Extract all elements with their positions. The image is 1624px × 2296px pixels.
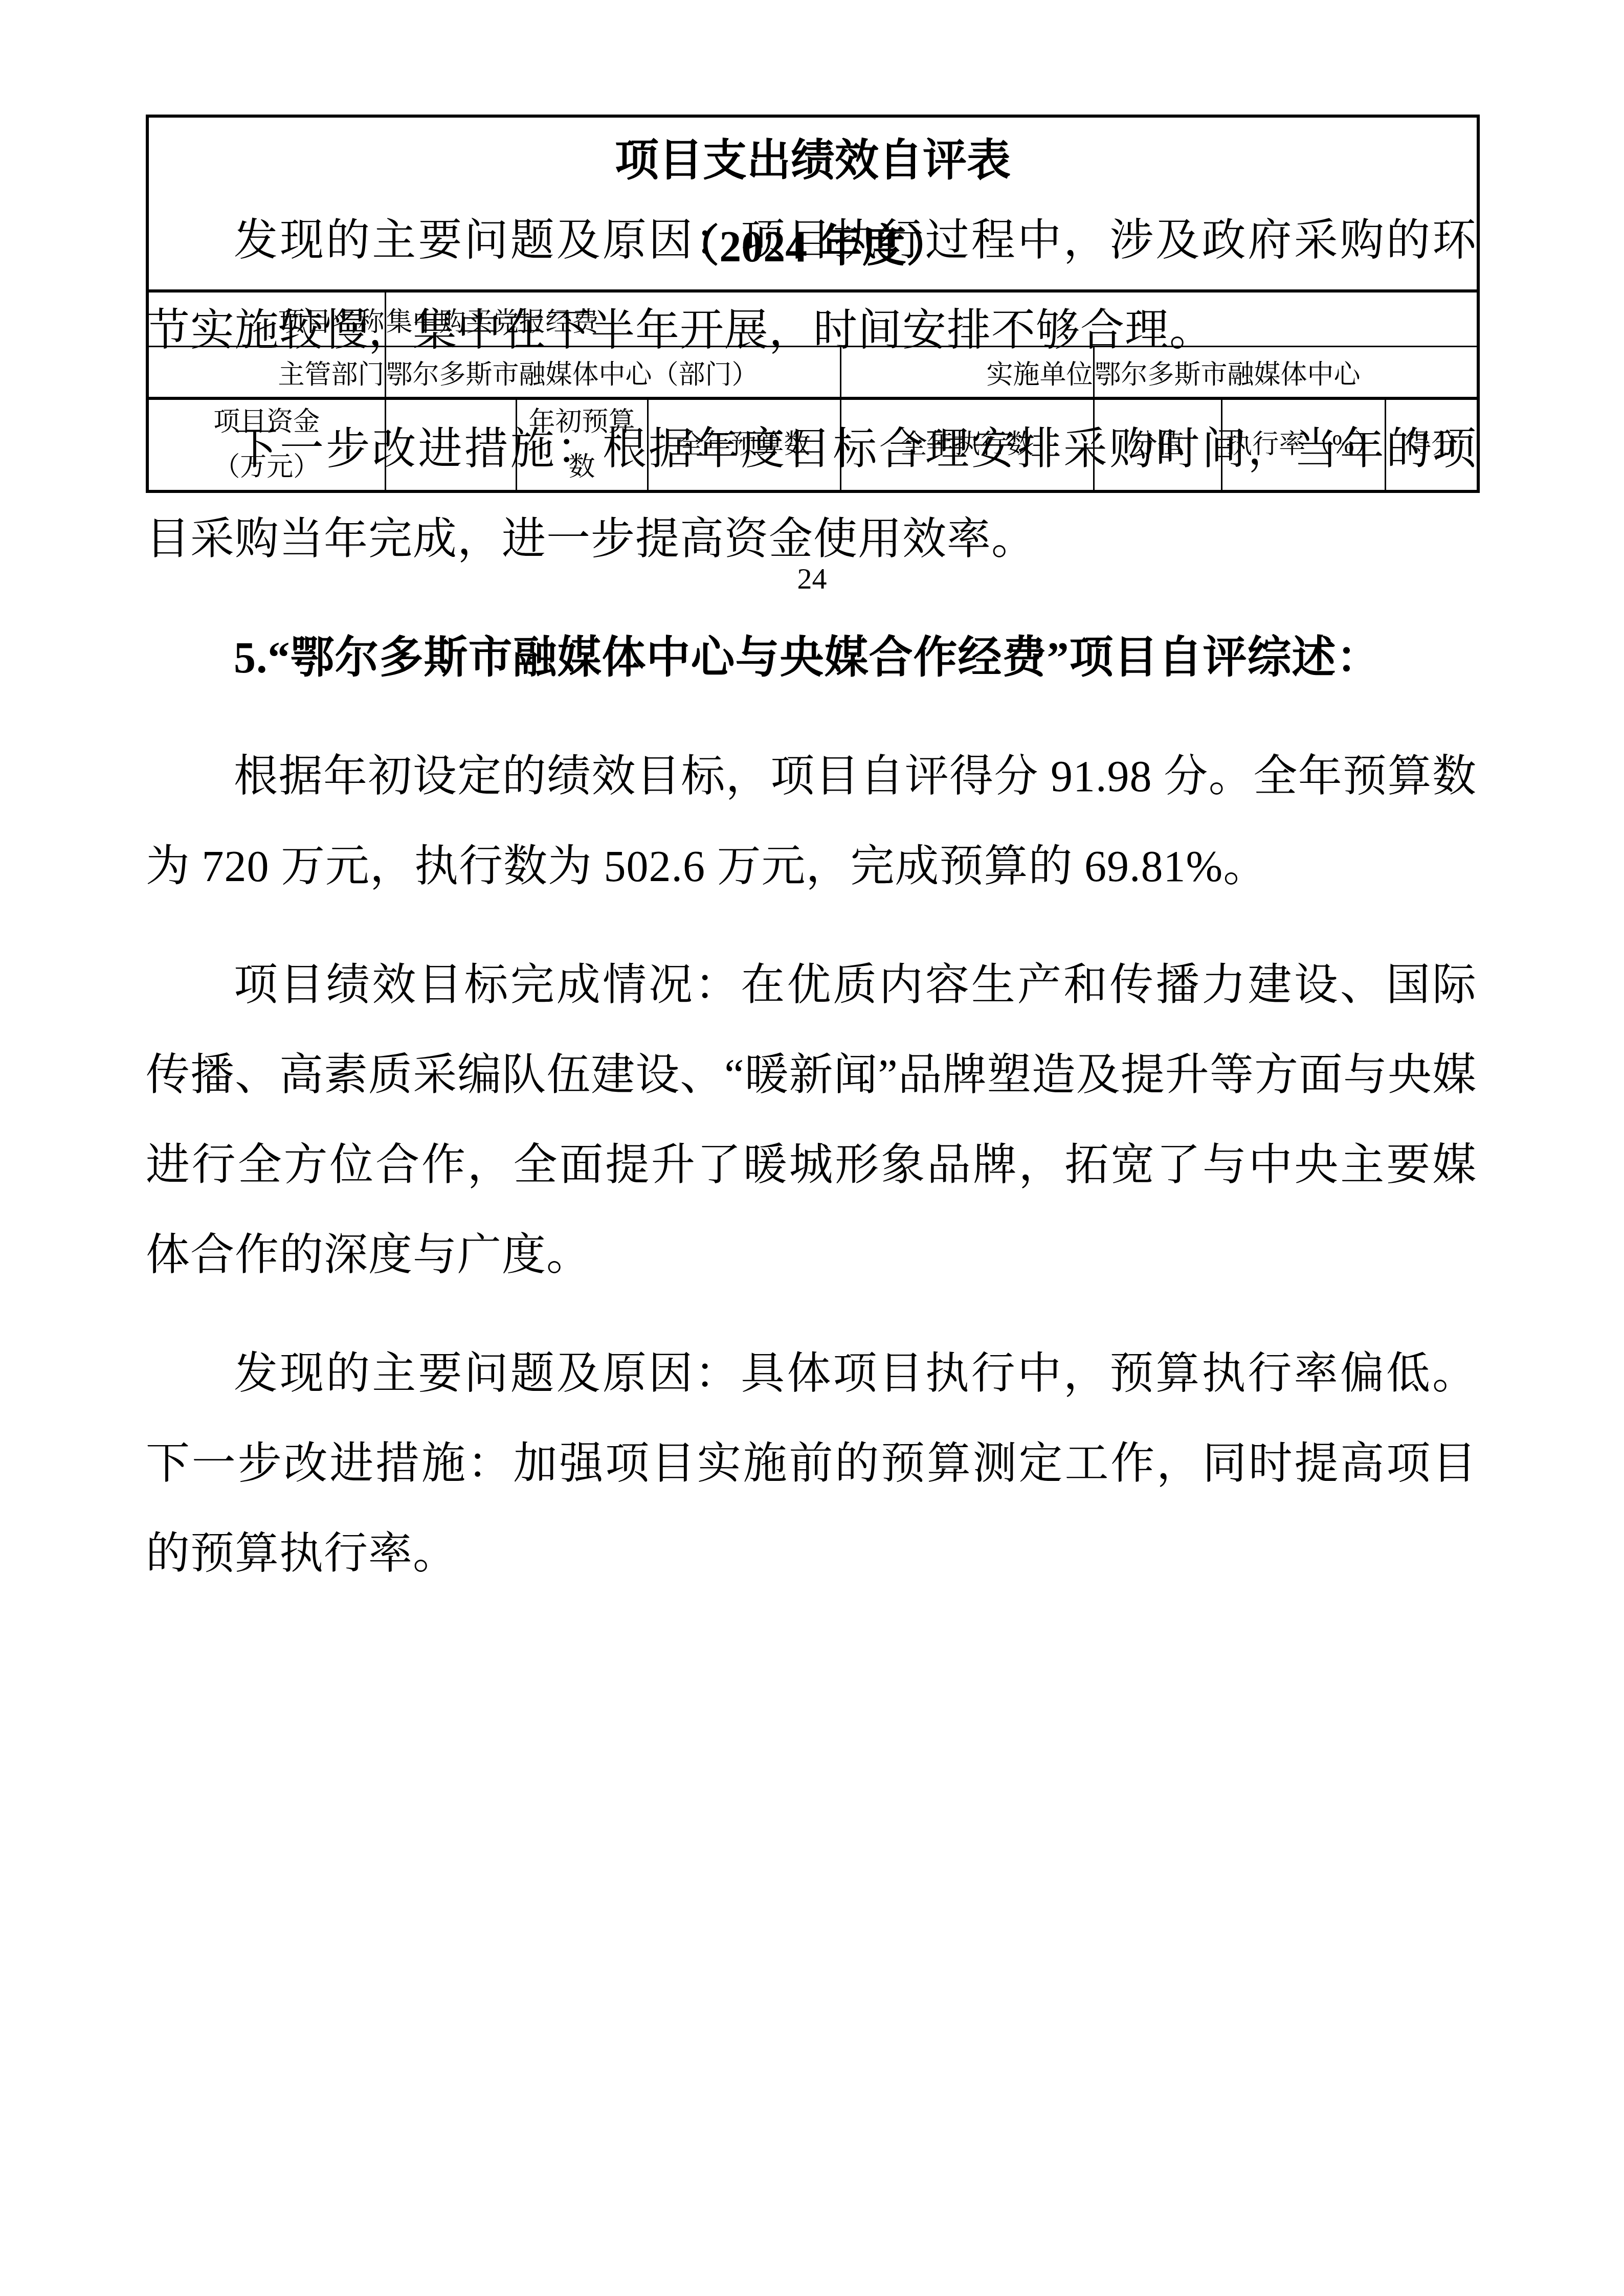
paragraph-problems-1: 发现的主要问题及原因：项目执行过程中，涉及政府采购的环节实施较慢，集中在下半年开… — [146, 195, 1477, 375]
paragraph-target-completion: 项目绩效目标完成情况：在优质内容生产和传播力建设、国际传播、高素质采编队伍建设、… — [146, 940, 1477, 1300]
paragraph-problems-2: 发现的主要问题及原因：具体项目执行中，预算执行率偏低。下一步改进措施：加强项目实… — [146, 1329, 1477, 1599]
body-text: 发现的主要问题及原因：项目执行过程中，涉及政府采购的环节实施较慢，集中在下半年开… — [146, 0, 1477, 1599]
paragraph-score-summary: 根据年初设定的绩效目标，项目自评得分 91.98 分。全年预算数为 720 万元… — [146, 731, 1477, 911]
document-page: 发现的主要问题及原因：项目执行过程中，涉及政府采购的环节实施较慢，集中在下半年开… — [0, 0, 1624, 2296]
section-5-heading: 5.“鄂尔多斯市融媒体中心与央媒合作经费”项目自评综述： — [146, 613, 1477, 703]
paragraph-improvements-1: 下一步改进措施：根据年度目标合理安排采购时间，当年的项目采购当年完成，进一步提高… — [146, 404, 1477, 584]
